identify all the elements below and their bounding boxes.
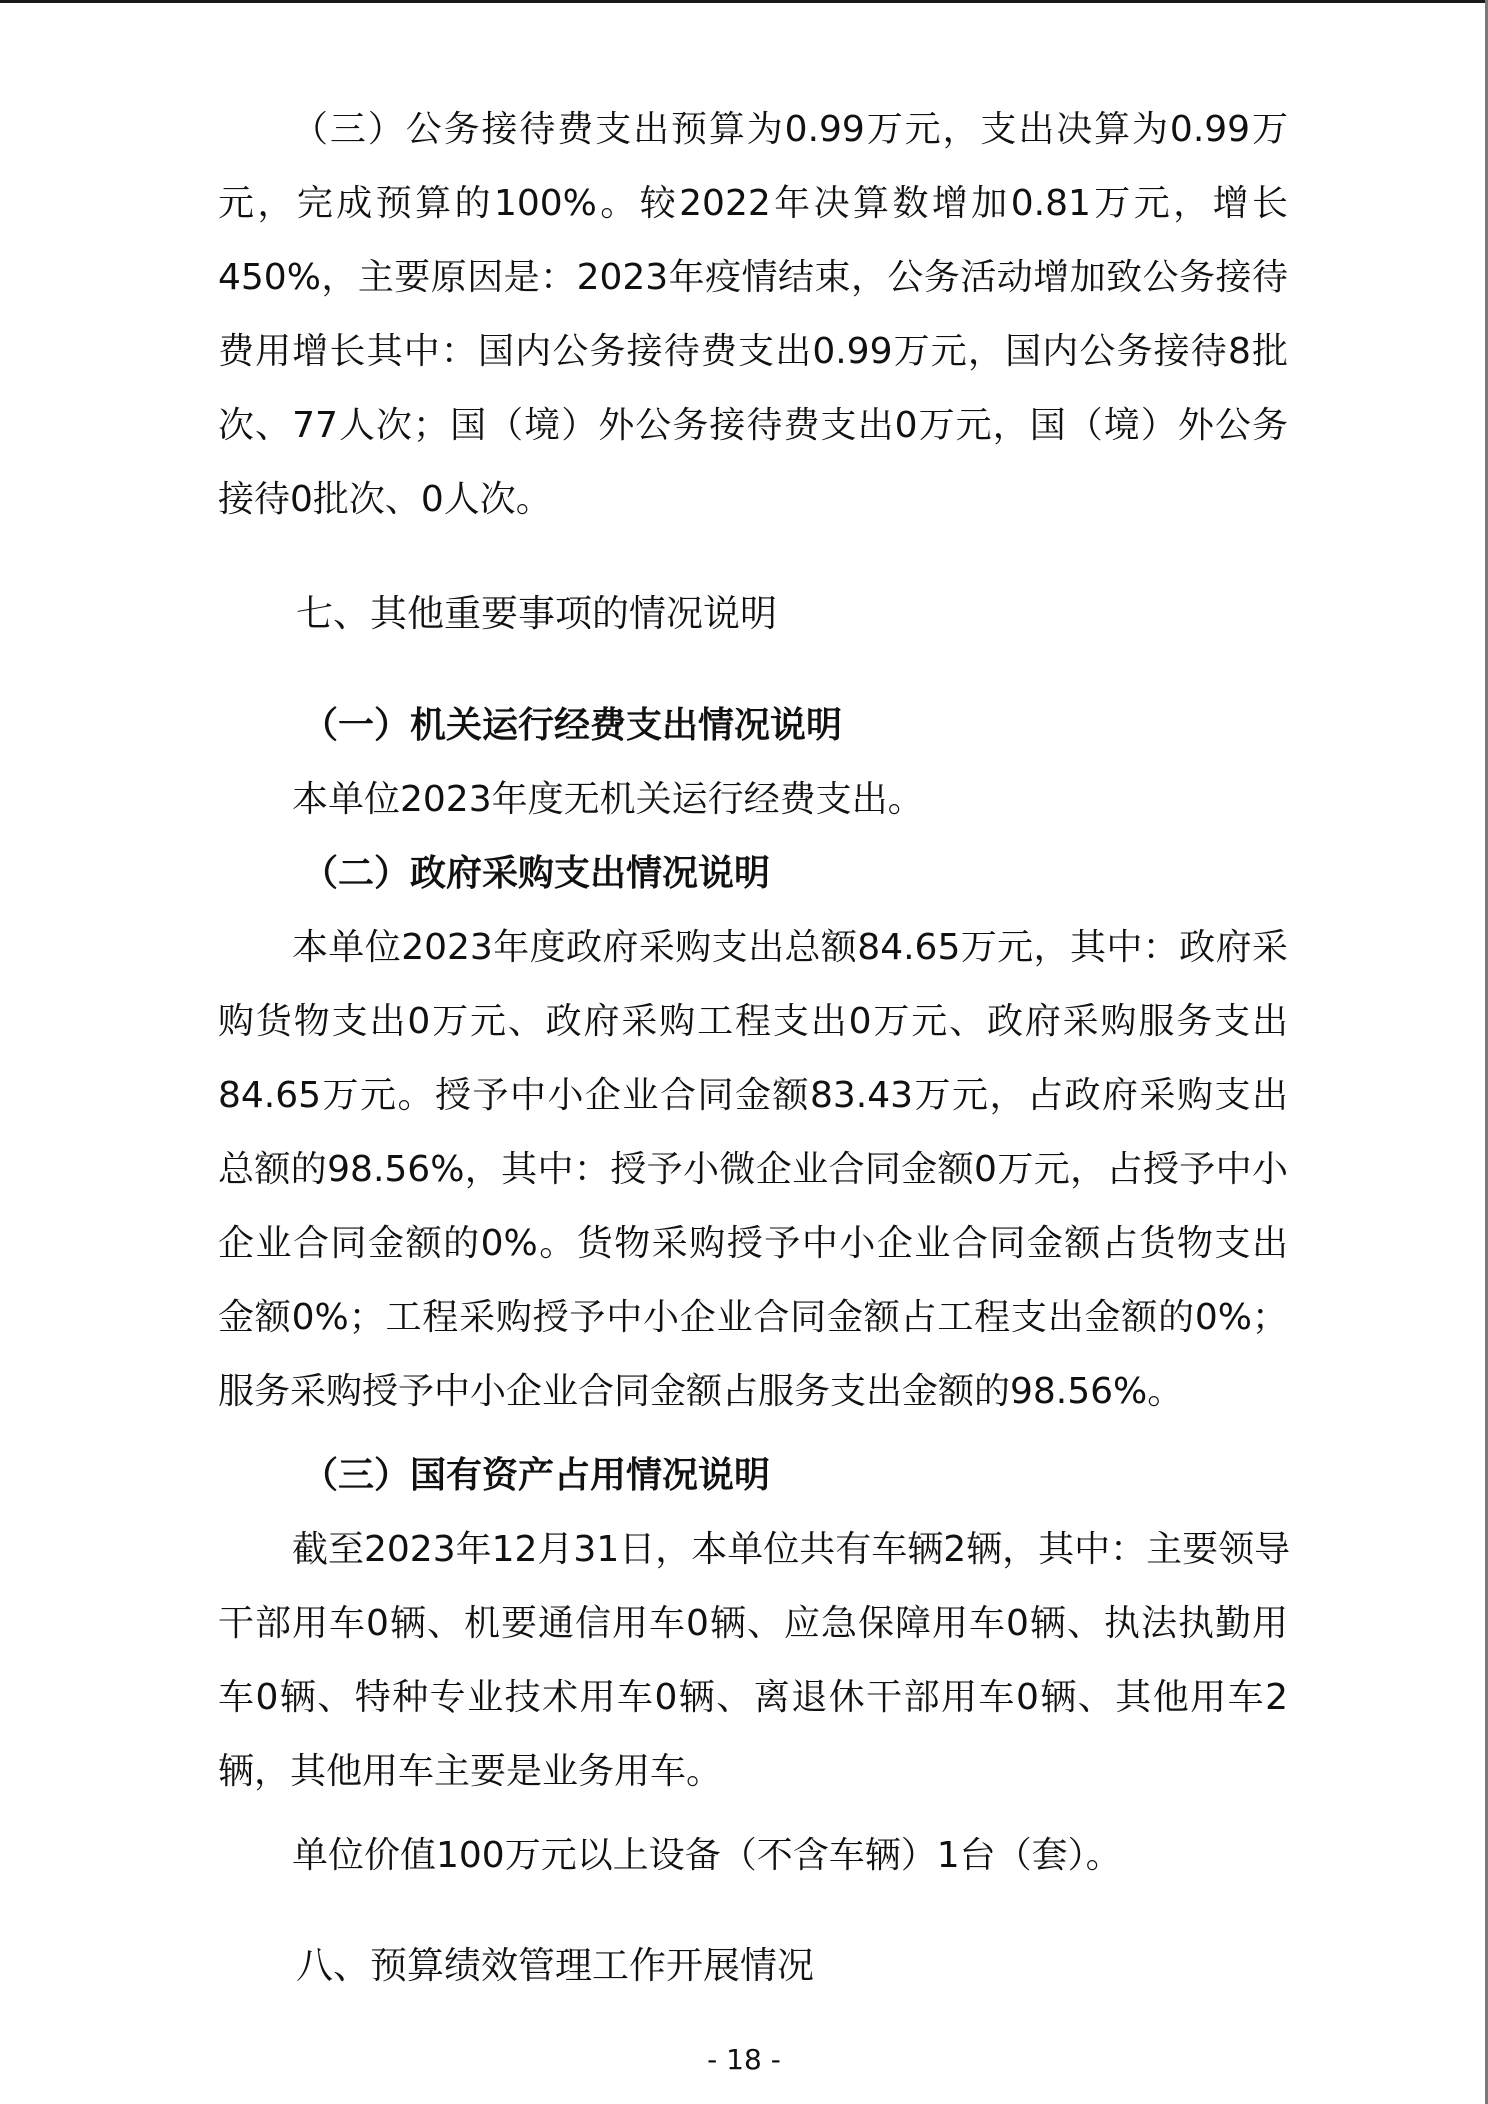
procurement-line-7: 服务采购授予中小企业合同金额占服务支出金额的98.56%。 — [218, 1370, 1183, 1414]
reception-paragraph-line-4: 费用增长其中：国内公务接待费支出0.99万元，国内公务接待8批 — [218, 330, 1288, 374]
procurement-line-5: 企业合同金额的0%。货物采购授予中小企业合同金额占货物支出 — [218, 1222, 1288, 1266]
procurement-line-2: 购货物支出0万元、政府采购工程支出0万元、政府采购服务支出 — [218, 1000, 1288, 1044]
procurement-line-6: 金额0%；工程采购授予中小企业合同金额占工程支出金额的0%； — [218, 1296, 1288, 1340]
procurement-line-4: 总额的98.56%，其中：授予小微企业合同金额0万元，占授予中小 — [218, 1148, 1288, 1192]
assets-line-4: 辆，其他用车主要是业务用车。 — [218, 1750, 722, 1794]
assets-line-1: 截至2023年12月31日，本单位共有车辆2辆，其中：主要领导 — [292, 1528, 1288, 1572]
subsection-3-heading: （三）国有资产占用情况说明 — [302, 1454, 770, 1498]
page-number: - 18 - — [0, 2044, 1488, 2076]
section-7-heading: 七、其他重要事项的情况说明 — [296, 592, 777, 636]
assets-line-2: 干部用车0辆、机要通信用车0辆、应急保障用车0辆、执法执勤用 — [218, 1602, 1288, 1646]
reception-paragraph-line-1: （三）公务接待费支出预算为0.99万元，支出决算为0.99万 — [292, 108, 1288, 152]
procurement-line-1: 本单位2023年度政府采购支出总额84.65万元，其中：政府采 — [292, 926, 1288, 970]
subsection-2-heading: （二）政府采购支出情况说明 — [302, 852, 770, 896]
assets-line-3: 车0辆、特种专业技术用车0辆、离退休干部用车0辆、其他用车2 — [218, 1676, 1288, 1720]
page-top-border — [0, 0, 1488, 3]
procurement-line-3: 84.65万元。授予中小企业合同金额83.43万元，占政府采购支出 — [218, 1074, 1288, 1118]
equipment-line: 单位价值100万元以上设备（不含车辆）1台（套）。 — [292, 1834, 1122, 1878]
subsection-1-text: 本单位2023年度无机关运行经费支出。 — [292, 778, 924, 822]
reception-paragraph-line-6: 接待0批次、0人次。 — [218, 478, 552, 522]
reception-paragraph-line-5: 次、77人次；国（境）外公务接待费支出0万元，国（境）外公务 — [218, 404, 1288, 448]
subsection-1-heading: （一）机关运行经费支出情况说明 — [302, 704, 842, 748]
reception-paragraph-line-3: 450%，主要原因是：2023年疫情结束，公务活动增加致公务接待 — [218, 256, 1288, 300]
section-8-heading: 八、预算绩效管理工作开展情况 — [296, 1944, 814, 1988]
reception-paragraph-line-2: 元，完成预算的100%。较2022年决算数增加0.81万元，增长 — [218, 182, 1288, 226]
